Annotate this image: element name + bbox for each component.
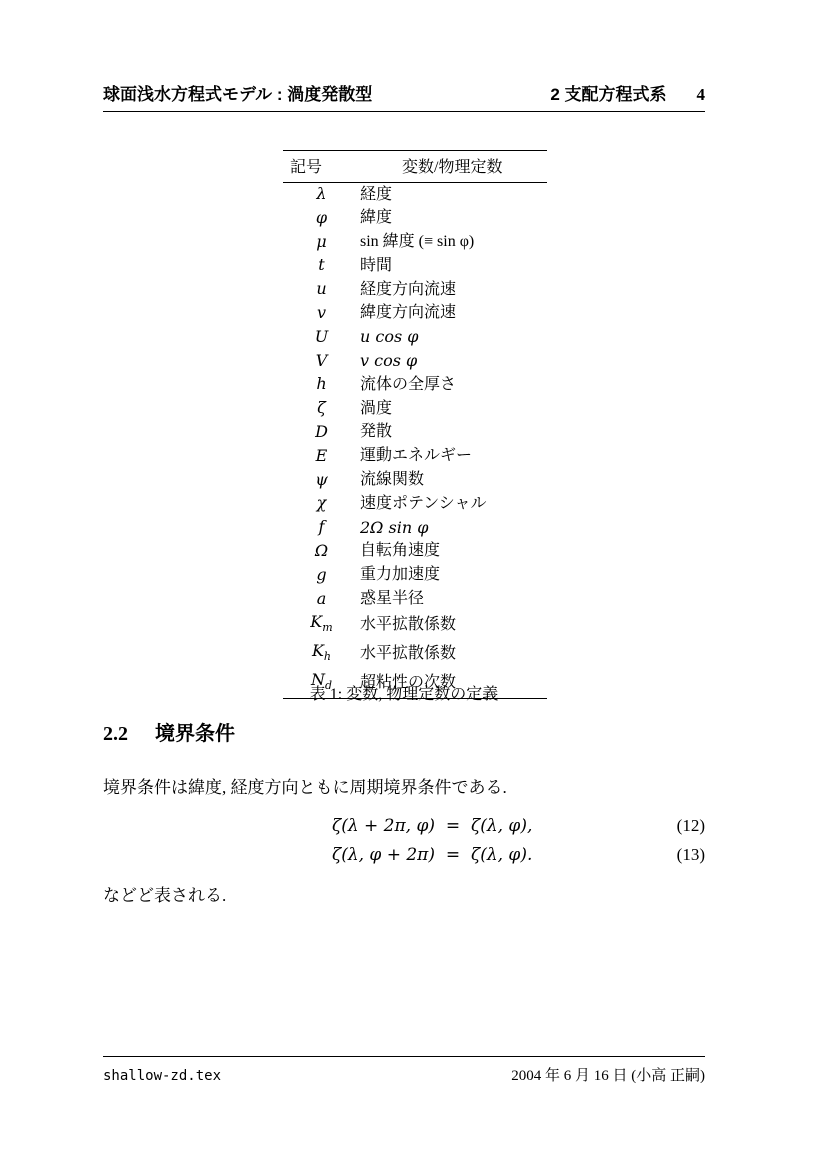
- symbol-cell: E: [283, 445, 360, 469]
- symbol-cell: a: [283, 588, 360, 612]
- table-row: t時間: [283, 254, 547, 278]
- symbol-cell: g: [283, 564, 360, 588]
- equation-number: (12): [647, 816, 705, 836]
- table-row: λ経度: [283, 183, 547, 207]
- table-header-row: 記号 変数/物理定数: [283, 151, 547, 183]
- symbol-cell: χ: [283, 492, 360, 516]
- description-cell: 水平拡散係数: [360, 611, 547, 640]
- symbol-cell: μ: [283, 231, 360, 255]
- symbol-cell: ζ: [283, 397, 360, 421]
- equation-rhs: ζ(λ, φ).: [471, 845, 647, 865]
- table-row: Kh水平拡散係数: [283, 640, 547, 669]
- description-cell: 重力加速度: [360, 564, 547, 588]
- document-page: 球面浅水方程式モデル : 渦度発散型 2 支配方程式系 4 記号 変数/物理定数…: [0, 0, 826, 1169]
- table-row: g重力加速度: [283, 564, 547, 588]
- table-row: ψ流線関数: [283, 469, 547, 493]
- page-footer: shallow-zd.tex 2004 年 6 月 16 日 (小高 正嗣): [103, 1056, 705, 1085]
- symbol-cell: U: [283, 326, 360, 350]
- description-cell: 運動エネルギー: [360, 445, 547, 469]
- description-cell: 水平拡散係数: [360, 640, 547, 669]
- table-caption: 表 1: 変数, 物理定数の定義: [103, 681, 705, 704]
- table-row: Km水平拡散係数: [283, 611, 547, 640]
- symbol-cell: v: [283, 302, 360, 326]
- symbol-cell: Ω: [283, 540, 360, 564]
- table-row: f2Ω sin φ: [283, 516, 547, 540]
- table-row: v緯度方向流速: [283, 302, 547, 326]
- symbol-cell: φ: [283, 207, 360, 231]
- description-cell: 流線関数: [360, 469, 547, 493]
- table-row: Uu cos φ: [283, 326, 547, 350]
- description-cell: 流体の全厚さ: [360, 373, 547, 397]
- header-page-number: 4: [697, 85, 706, 105]
- description-cell: 発散: [360, 421, 547, 445]
- table-row: h流体の全厚さ: [283, 373, 547, 397]
- table-row: E運動エネルギー: [283, 445, 547, 469]
- column-header-description: 変数/物理定数: [360, 151, 547, 183]
- equation-lhs: ζ(λ + 2π, φ): [103, 816, 435, 836]
- header-section-label: 2 支配方程式系: [550, 85, 666, 105]
- table-row: φ緯度: [283, 207, 547, 231]
- column-header-symbol: 記号: [283, 151, 360, 183]
- body-paragraph: 境界条件は緯度, 経度方向ともに周期境界条件である.: [103, 776, 705, 800]
- symbol-cell: D: [283, 421, 360, 445]
- symbol-cell: f: [283, 516, 360, 540]
- symbol-cell: Kh: [283, 640, 360, 669]
- equation-row: ζ(λ + 2π, φ)=ζ(λ, φ),(12): [103, 816, 705, 845]
- symbol-table-container: 記号 変数/物理定数 λ経度φ緯度μsin 緯度 (≡ sin φ)t時間u経度…: [283, 150, 547, 699]
- symbol-table: 記号 変数/物理定数 λ経度φ緯度μsin 緯度 (≡ sin φ)t時間u経度…: [283, 150, 547, 699]
- table-row: Vv cos φ: [283, 350, 547, 374]
- description-cell: 2Ω sin φ: [360, 516, 547, 540]
- section-number: 2.2: [103, 723, 128, 745]
- header-title: 球面浅水方程式モデル : 渦度発散型: [103, 85, 372, 105]
- description-cell: 経度方向流速: [360, 278, 547, 302]
- description-cell: 速度ポテンシャル: [360, 492, 547, 516]
- equals-sign: =: [435, 816, 471, 836]
- table-row: χ速度ポテンシャル: [283, 492, 547, 516]
- description-cell: v cos φ: [360, 350, 547, 374]
- table-row: Ω自転角速度: [283, 540, 547, 564]
- description-cell: sin 緯度 (≡ sin φ): [360, 231, 547, 255]
- description-cell: 時間: [360, 254, 547, 278]
- table-row: D発散: [283, 421, 547, 445]
- symbol-cell: Km: [283, 611, 360, 640]
- table-row: μsin 緯度 (≡ sin φ): [283, 231, 547, 255]
- page-header: 球面浅水方程式モデル : 渦度発散型 2 支配方程式系 4: [103, 85, 705, 112]
- equation-rhs: ζ(λ, φ),: [471, 816, 647, 836]
- header-right: 2 支配方程式系 4: [550, 85, 705, 105]
- symbol-cell: t: [283, 254, 360, 278]
- equation-number: (13): [647, 845, 705, 865]
- description-cell: u cos φ: [360, 326, 547, 350]
- description-cell: 経度: [360, 183, 547, 207]
- symbol-cell: h: [283, 373, 360, 397]
- footer-filename: shallow-zd.tex: [103, 1068, 221, 1084]
- equation-row: ζ(λ, φ + 2π)=ζ(λ, φ).(13): [103, 845, 705, 874]
- table-row: ζ渦度: [283, 397, 547, 421]
- description-cell: 緯度方向流速: [360, 302, 547, 326]
- equation-block: ζ(λ + 2π, φ)=ζ(λ, φ),(12)ζ(λ, φ + 2π)=ζ(…: [103, 816, 705, 874]
- symbol-cell: V: [283, 350, 360, 374]
- equation-lhs: ζ(λ, φ + 2π): [103, 845, 435, 865]
- closing-paragraph: などど表される.: [103, 884, 705, 908]
- symbol-cell: ψ: [283, 469, 360, 493]
- footer-date: 2004 年 6 月 16 日 (小高 正嗣): [511, 1064, 705, 1085]
- section-heading: 2.2 境界条件: [103, 722, 235, 746]
- symbol-cell: u: [283, 278, 360, 302]
- description-cell: 渦度: [360, 397, 547, 421]
- table-row: u経度方向流速: [283, 278, 547, 302]
- description-cell: 惑星半径: [360, 588, 547, 612]
- symbol-table-body: λ経度φ緯度μsin 緯度 (≡ sin φ)t時間u経度方向流速v緯度方向流速…: [283, 183, 547, 699]
- symbol-cell: λ: [283, 183, 360, 207]
- description-cell: 自転角速度: [360, 540, 547, 564]
- description-cell: 緯度: [360, 207, 547, 231]
- section-title: 境界条件: [155, 723, 235, 745]
- table-row: a惑星半径: [283, 588, 547, 612]
- equals-sign: =: [435, 845, 471, 865]
